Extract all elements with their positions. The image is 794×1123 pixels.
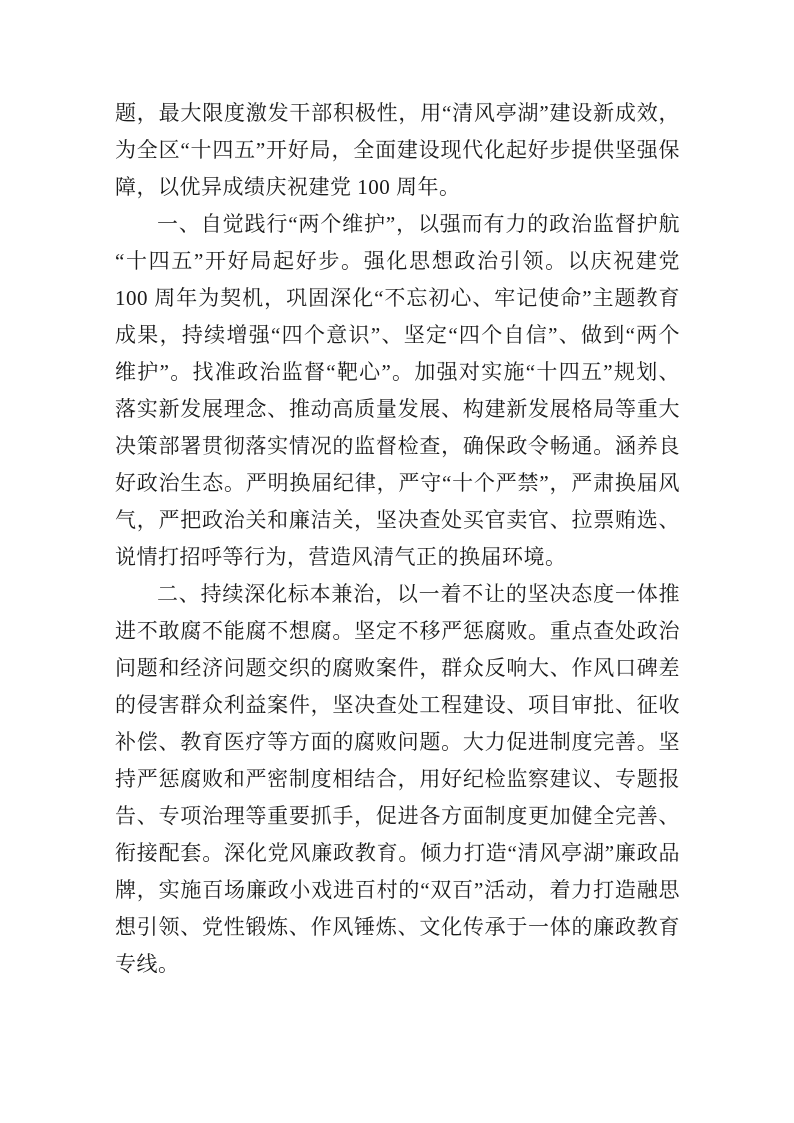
paragraph: 二、持续深化标本兼治，以一着不让的坚决态度一体推进不敢腐不能腐不想腐。坚定不移严… <box>115 576 680 983</box>
document-page: 题，最大限度激发干部积极性，用“清风亭湖”建设新成效，为全区“十四五”开好局，全… <box>0 0 794 1123</box>
paragraph: 一、自觉践行“两个维护”，以强而有力的政治监督护航“十四五”开好局起好步。强化思… <box>115 206 680 576</box>
document-body: 题，最大限度激发干部积极性，用“清风亭湖”建设新成效，为全区“十四五”开好局，全… <box>115 95 680 983</box>
paragraph: 题，最大限度激发干部积极性，用“清风亭湖”建设新成效，为全区“十四五”开好局，全… <box>115 95 680 206</box>
